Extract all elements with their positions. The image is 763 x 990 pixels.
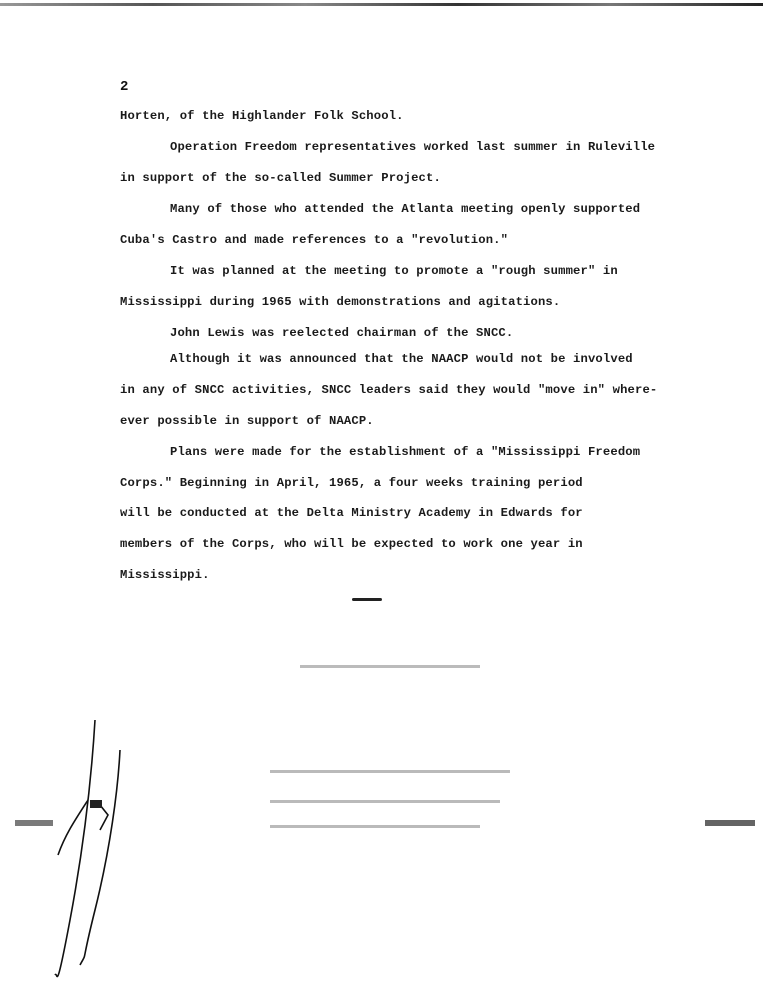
scan-top-edge (0, 3, 763, 6)
page-number: 2 (120, 79, 128, 95)
scan-artifact-scribble (0, 620, 763, 990)
text-line: in support of the so-called Summer Proje… (120, 171, 441, 185)
text-line: Operation Freedom representatives worked… (170, 140, 655, 154)
text-line: members of the Corps, who will be expect… (120, 537, 583, 551)
text-line: Mississippi during 1965 with demonstrati… (120, 295, 560, 309)
text-line: Horten, of the Highlander Folk School. (120, 109, 404, 123)
text-line: Although it was announced that the NAACP… (170, 352, 633, 366)
text-line: Corps." Beginning in April, 1965, a four… (120, 476, 583, 490)
text-line: Plans were made for the establishment of… (170, 445, 640, 459)
text-line: Cuba's Castro and made references to a "… (120, 233, 508, 247)
text-line: Mississippi. (120, 568, 210, 582)
text-line: John Lewis was reelected chairman of the… (170, 326, 513, 340)
text-line: ever possible in support of NAACP. (120, 414, 374, 428)
end-separator (352, 598, 382, 601)
text-line: will be conducted at the Delta Ministry … (120, 506, 583, 520)
text-line: It was planned at the meeting to promote… (170, 264, 618, 278)
text-line: Many of those who attended the Atlanta m… (170, 202, 640, 216)
text-line: in any of SNCC activities, SNCC leaders … (120, 383, 657, 397)
